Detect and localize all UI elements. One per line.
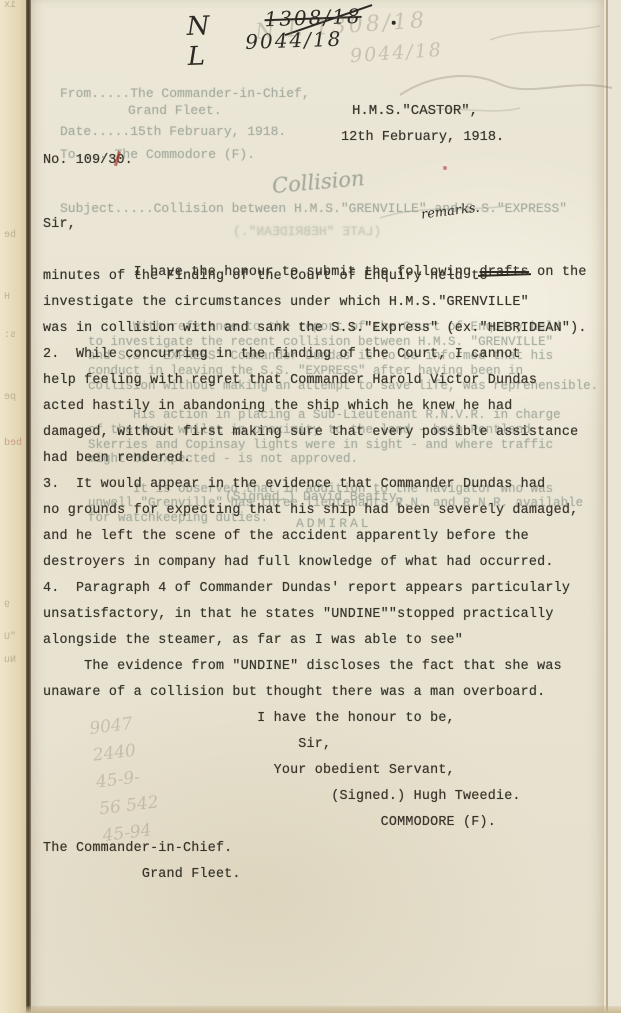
ghost-from-line: From.....The Commander-in-Chief, [60, 86, 310, 101]
edge-bleed-mark: bed [4, 438, 22, 449]
edge-bleed-mark: s: [4, 330, 16, 341]
body-line: was in collision with and sank the S.S."… [43, 318, 587, 344]
body-line: and he left the scene of the accident ap… [43, 526, 587, 552]
ghost-from-line2: Grand Fleet. [128, 103, 222, 118]
body-line: 4. Paragraph 4 of Commander Dundas' repo… [43, 578, 587, 604]
edge-bleed-mark: be [4, 230, 16, 241]
letter-body: Sir, I have the honour to submit the fol… [43, 214, 587, 890]
body-line: damaged, without first making sure that … [43, 422, 587, 448]
registry-prefix: N L [186, 11, 223, 72]
body-line: investigate the circumstances under whic… [43, 292, 587, 318]
body-line: 2. While concurring in the finding of th… [43, 344, 587, 370]
ghost-date-line: Date.....15th February, 1918. [60, 124, 286, 139]
body-line: had been rendered. [43, 448, 587, 474]
body-line: I have the honour to be, [43, 708, 587, 734]
body-line: acted hastily in abandoning the ship whi… [43, 396, 587, 422]
edge-bleed-mark: 9 [4, 600, 10, 611]
body-line: The Commander-in-Chief. [43, 838, 587, 864]
edge-bleed-mark: Nu [4, 655, 16, 666]
body-line: Your obedient Servant, [43, 760, 587, 786]
body-line: help feeling with regret that Commander … [43, 370, 587, 396]
body-line: destroyers in company had full knowledge… [43, 552, 587, 578]
document-scan: From.....The Commander-in-Chief, Grand F… [0, 0, 621, 1013]
body-line: 3. It would appear in the evidence that … [43, 474, 587, 500]
body-line: no grounds for expecting that his ship h… [43, 500, 587, 526]
letter-date: 12th February, 1918. [341, 130, 504, 145]
body-line: COMMODORE (F). [43, 812, 587, 838]
body-line: The evidence from "UNDINE" discloses the… [43, 656, 587, 682]
edge-bleed-mark: pe [4, 392, 16, 403]
body-line: Grand Fleet. [43, 864, 587, 890]
edge-bleed-mark: "U [4, 632, 16, 643]
body-line: alongside the steamer, as far as I was a… [43, 630, 587, 656]
underlying-page-edge-left [0, 0, 26, 1013]
body-line: Sir, [43, 734, 587, 760]
edge-bleed-mark: H [4, 292, 10, 303]
edge-bleed-mark: ix [4, 0, 16, 11]
ship-name: H.M.S."CASTOR", [352, 103, 478, 119]
body-line: Sir, [43, 214, 587, 240]
body-line: (Signed.) Hugh Tweedie. [43, 786, 587, 812]
red-ink-dot [443, 166, 447, 170]
page-edge-bottom [26, 1006, 621, 1013]
body-line: unaware of a collision but thought there… [43, 682, 587, 708]
body-line: unsatisfactory, in that he states "UNDIN… [43, 604, 587, 630]
page-edge-line-right [606, 0, 608, 1013]
struck-word-drafts: drafts [480, 265, 529, 280]
body-line-remarks: I have the honour to submit the followin… [43, 240, 587, 266]
remarks-line-post: on the [529, 265, 587, 280]
